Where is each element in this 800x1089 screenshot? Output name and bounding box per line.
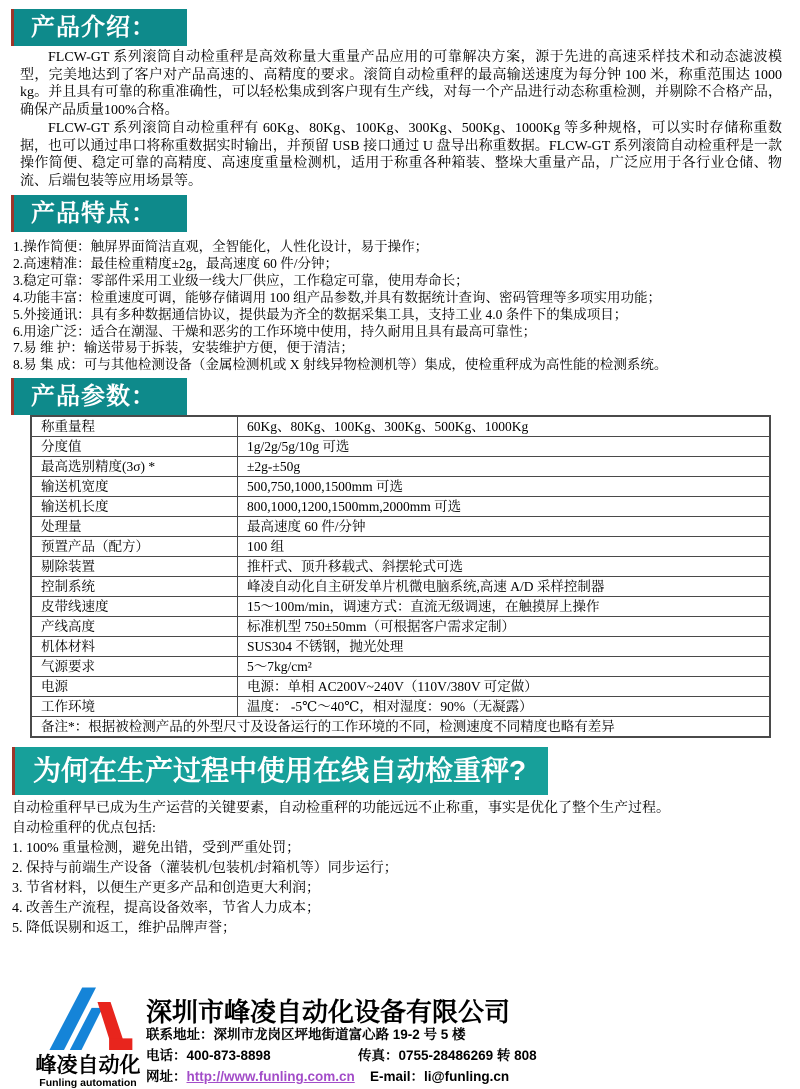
section-title-params: 产品参数： (11, 378, 187, 415)
email-label: E-mail： (370, 1069, 424, 1084)
why-item: 1. 100% 重量检测，避免出错，受到严重处罚； (12, 839, 790, 859)
phone-value: 400-873-8898 (187, 1048, 271, 1063)
param-value: 60Kg、80Kg、100Kg、300Kg、500Kg、1000Kg (238, 416, 771, 437)
param-note-row: 备注*：根据被检测产品的外型尺寸及设备运行的工作环境的不同，检测速度不同精度也略… (31, 717, 770, 738)
param-label: 产线高度 (31, 617, 238, 637)
param-row: 控制系统峰凌自动化自主研发单片机微电脑系统,高速 A/D 采样控制器 (31, 577, 770, 597)
logo-name-cn: 峰凌自动化 (24, 1055, 152, 1077)
param-value: 推杆式、顶升移载式、斜摆轮式可选 (238, 557, 771, 577)
param-label: 输送机长度 (31, 497, 238, 517)
param-row: 输送机宽度500,750,1000,1500mm 可选 (31, 477, 770, 497)
phone-label: 电话： (146, 1048, 187, 1063)
fax-value: 0755-28486269 转 808 (399, 1048, 537, 1063)
feature-item: 7.易 维 护：输送带易于拆装，安装维护方便，便于清洁； (13, 340, 791, 357)
why-banner-title: 为何在生产过程中使用在线自动检重秤? (12, 747, 548, 795)
why-text: 自动检重秤早已成为生产运营的关键要素，自动检重秤的功能远远不止称重，事实是优化了… (12, 799, 790, 939)
param-label: 控制系统 (31, 577, 238, 597)
param-row: 产线高度标准机型 750±50mm（可根据客户需求定制） (31, 617, 770, 637)
address-line: 联系地址：深圳市龙岗区坪地街道富心路 19-2 号 5 楼 (146, 1023, 466, 1043)
param-row: 气源要求5～7kg/cm² (31, 657, 770, 677)
param-row: 工作环境温度： -5℃～40℃，相对湿度：90%（无凝露） (31, 697, 770, 717)
feature-item: 1.操作简便：触屏界面简洁直观，全智能化，人性化设计，易于操作； (13, 239, 791, 256)
param-row: 处理量最高速度 60 件/分钟 (31, 517, 770, 537)
email-value: li@funling.cn (424, 1069, 509, 1084)
param-label: 剔除装置 (31, 557, 238, 577)
feature-item: 5.外接通讯：具有多种数据通信协议，提供最为齐全的数据采集工具，支持工业 4.0… (13, 307, 791, 324)
intro-paragraph: FLCW-GT 系列滚筒自动检重秤有 60Kg、80Kg、100Kg、300Kg… (20, 120, 782, 191)
intro-paragraph: FLCW-GT 系列滚筒自动检重秤是高效称量大重量产品应用的可靠解决方案，源于先… (20, 49, 782, 120)
website-label: 网址： (146, 1069, 187, 1084)
why-lead: 自动检重秤早已成为生产运营的关键要素，自动检重秤的功能远远不止称重，事实是优化了… (12, 799, 790, 819)
param-value: 电源：单相 AC200V~240V（110V/380V 可定做） (238, 677, 771, 697)
param-row: 机体材料SUS304 不锈钢，抛光处理 (31, 637, 770, 657)
why-sub: 自动检重秤的优点包括: (12, 819, 790, 839)
param-value: 最高速度 60 件/分钟 (238, 517, 771, 537)
fax-label: 传真： (358, 1048, 399, 1063)
why-item: 5. 降低误剔和返工，维护品牌声誉； (12, 919, 790, 939)
why-item: 3. 节省材料，以便生产更多产品和创造更大利润； (12, 879, 790, 899)
param-label: 输送机宽度 (31, 477, 238, 497)
param-label: 分度值 (31, 437, 238, 457)
param-row: 输送机长度800,1000,1200,1500mm,2000mm 可选 (31, 497, 770, 517)
param-row: 称重量程60Kg、80Kg、100Kg、300Kg、500Kg、1000Kg (31, 416, 770, 437)
feature-item: 4.功能丰富：检重速度可调，能够存储调用 100 组产品参数,并具有数据统计查询… (13, 290, 791, 307)
param-value: SUS304 不锈钢，抛光处理 (238, 637, 771, 657)
email-line: E-mail：li@funling.cn (370, 1065, 509, 1085)
param-label: 气源要求 (31, 657, 238, 677)
section-title-intro: 产品介绍： (11, 9, 187, 46)
param-row: 分度值1g/2g/5g/10g 可选 (31, 437, 770, 457)
address-value: 深圳市龙岗区坪地街道富心路 19-2 号 5 楼 (214, 1027, 466, 1042)
feature-item: 2.高速精准：最佳检重精度±2g，最高速度 60 件/分钟； (13, 256, 791, 273)
param-label: 处理量 (31, 517, 238, 537)
param-label: 机体材料 (31, 637, 238, 657)
param-value: 800,1000,1200,1500mm,2000mm 可选 (238, 497, 771, 517)
website-link[interactable]: http://www.funling.com.cn (187, 1069, 355, 1084)
param-row: 皮带线速度15～100m/min，调速方式：直流无级调速，在触摸屏上操作 (31, 597, 770, 617)
param-label: 电源 (31, 677, 238, 697)
why-item: 4. 改善生产流程，提高设备效率，节省人力成本； (12, 899, 790, 919)
features-list: 1.操作简便：触屏界面简洁直观，全智能化，人性化设计，易于操作； 2.高速精准：… (13, 239, 791, 374)
feature-item: 3.稳定可靠：零部件采用工业级一线大厂供应，工作稳定可靠，使用寿命长； (13, 273, 791, 290)
footer-logo: 峰凌自动化 Funling automation (24, 986, 152, 1089)
param-row: 预置产品（配方）100 组 (31, 537, 770, 557)
feature-item: 8.易 集 成：可与其他检测设备（金属检测机或 X 射线异物检测机等）集成，使检… (13, 357, 791, 374)
param-label: 预置产品（配方） (31, 537, 238, 557)
param-value: 峰凌自动化自主研发单片机微电脑系统,高速 A/D 采样控制器 (238, 577, 771, 597)
param-value: 500,750,1000,1500mm 可选 (238, 477, 771, 497)
param-label: 最高选别精度(3σ) * (31, 457, 238, 477)
param-value: 温度： -5℃～40℃，相对湿度：90%（无凝露） (238, 697, 771, 717)
param-value: 15～100m/min，调速方式：直流无级调速，在触摸屏上操作 (238, 597, 771, 617)
phone-line: 电话：400-873-8898 (146, 1044, 271, 1064)
section-title-features: 产品特点： (11, 195, 187, 232)
feature-item: 6.用途广泛：适合在潮湿、干燥和恶劣的工作环境中使用，持久耐用且具有最高可靠性； (13, 324, 791, 341)
param-value: ±2g-±50g (238, 457, 771, 477)
param-note: 备注*：根据被检测产品的外型尺寸及设备运行的工作环境的不同，检测速度不同精度也略… (31, 717, 770, 738)
param-row: 剔除装置推杆式、顶升移载式、斜摆轮式可选 (31, 557, 770, 577)
param-label: 工作环境 (31, 697, 238, 717)
param-row: 电源电源：单相 AC200V~240V（110V/380V 可定做） (31, 677, 770, 697)
address-label: 联系地址： (146, 1027, 214, 1042)
param-value: 5～7kg/cm² (238, 657, 771, 677)
param-label: 称重量程 (31, 416, 238, 437)
why-item: 2. 保持与前端生产设备（灌装机/包装机/封箱机等）同步运行； (12, 859, 790, 879)
param-value: 标准机型 750±50mm（可根据客户需求定制） (238, 617, 771, 637)
funling-logo-icon (40, 1037, 136, 1054)
param-value: 100 组 (238, 537, 771, 557)
param-label: 皮带线速度 (31, 597, 238, 617)
params-table: 称重量程60Kg、80Kg、100Kg、300Kg、500Kg、1000Kg 分… (30, 415, 771, 738)
website-line: 网址：http://www.funling.com.cn (146, 1065, 355, 1085)
logo-name-en: Funling automation (24, 1077, 152, 1089)
param-value: 1g/2g/5g/10g 可选 (238, 437, 771, 457)
fax-line: 传真：0755-28486269 转 808 (358, 1044, 537, 1064)
intro-text: FLCW-GT 系列滚筒自动检重秤是高效称量大重量产品应用的可靠解决方案，源于先… (20, 49, 782, 191)
param-row: 最高选别精度(3σ) *±2g-±50g (31, 457, 770, 477)
